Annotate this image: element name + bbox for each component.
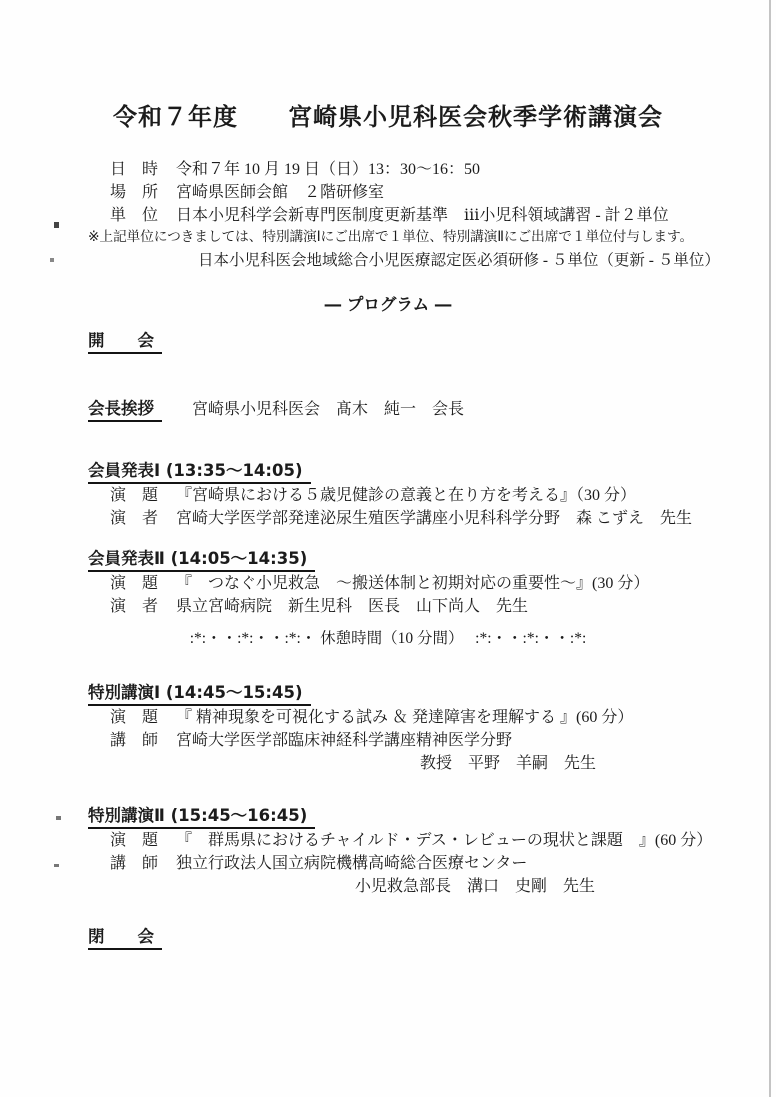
session-row-lecturer: 講 師 宮崎大学医学部臨床神経科学講座精神医学分野 bbox=[110, 729, 736, 752]
lecturer-name-line: 小児救急部長 溝口 史剛 先生 bbox=[355, 875, 736, 898]
program-heading: ― プログラム ― bbox=[0, 295, 776, 315]
row-label: 講 師 bbox=[110, 852, 176, 875]
session-heading: 会員発表Ⅰ (13:35～14:05) bbox=[88, 462, 311, 484]
meta-label: 日 時 bbox=[110, 158, 176, 181]
meta-value: 令和７年 10 月 19 日（日）13：30～16：50 bbox=[176, 158, 736, 181]
lecturer-name-line: 教授 平野 羊嗣 先生 bbox=[420, 752, 736, 775]
meta-value: 日本小児科学会新専門医制度更新基準 ⅲ小児科領域講習 - 計２単位 bbox=[176, 204, 736, 227]
row-value: 県立宮崎病院 新生児科 医長 山下尚人 先生 bbox=[176, 595, 736, 618]
session-row-title: 演 題 『 精神現象を可視化する試み ＆ 発達障害を理解する 』(60 分） bbox=[110, 706, 736, 729]
session-row-title: 演 題 『 群馬県におけるチャイルド・デス・レビューの現状と課題 』(60 分） bbox=[110, 829, 736, 852]
scan-speck bbox=[56, 816, 61, 820]
scan-speck bbox=[54, 864, 59, 867]
row-label: 演 題 bbox=[110, 484, 176, 507]
session-special-lecture-2: 特別講演Ⅱ (15:45～16:45) 演 題 『 群馬県におけるチャイルド・デ… bbox=[88, 807, 736, 898]
session-special-lecture-1: 特別講演Ⅰ (14:45～15:45) 演 題 『 精神現象を可視化する試み ＆… bbox=[88, 684, 736, 775]
meta-label: 単 位 bbox=[110, 204, 176, 227]
row-label: 講 師 bbox=[110, 729, 176, 752]
row-value: 宮崎大学医学部臨床神経科学講座精神医学分野 bbox=[176, 729, 736, 752]
row-label: 演 者 bbox=[110, 507, 176, 530]
credits-note-2: 日本小児科医会地域総合小児医療認定医必須研修 - ５単位（更新 - ５単位） bbox=[198, 250, 736, 271]
session-heading: 会員発表Ⅱ (14:05～14:35) bbox=[88, 550, 315, 572]
scan-edge-artifact bbox=[769, 0, 771, 1097]
meta-row-credits: 単 位 日本小児科学会新専門医制度更新基準 ⅲ小児科領域講習 - 計２単位 bbox=[110, 204, 736, 227]
session-heading-row: 特別講演Ⅰ (14:45～15:45) bbox=[88, 684, 736, 706]
session-member-presentation-1: 会員発表Ⅰ (13:35～14:05) 演 題 『宮崎県における５歳児健診の意義… bbox=[88, 462, 736, 530]
session-member-presentation-2: 会員発表Ⅱ (14:05～14:35) 演 題 『 つなぐ小児救急 ～搬送体制と… bbox=[88, 550, 736, 618]
break-divider: :*:・・:*:・・:*:・ 休憩時間（10 分間） :*:・・:*:・・:*: bbox=[0, 628, 776, 650]
row-value: 独立行政法人国立病院機構高崎総合医療センター bbox=[176, 852, 736, 875]
meta-row-datetime: 日 時 令和７年 10 月 19 日（日）13：30～16：50 bbox=[110, 158, 736, 181]
session-row-title: 演 題 『宮崎県における５歳児健診の意義と在り方を考える』（30 分） bbox=[110, 484, 736, 507]
session-heading-row: 会員発表Ⅰ (13:35～14:05) bbox=[88, 462, 736, 484]
document-title: 令和７年度 宮崎県小児科医会秋季学術講演会 bbox=[0, 100, 776, 134]
greeting-heading: 会長挨拶 bbox=[88, 400, 162, 422]
session-row-title: 演 題 『 つなぐ小児救急 ～搬送体制と初期対応の重要性～』(30 分） bbox=[110, 572, 736, 595]
session-row-lecturer: 講 師 独立行政法人国立病院機構高崎総合医療センター bbox=[110, 852, 736, 875]
session-heading: 特別講演Ⅱ (15:45～16:45) bbox=[88, 807, 315, 829]
opening-section: 開 会 bbox=[88, 332, 736, 354]
document-page: 令和７年度 宮崎県小児科医会秋季学術講演会 日 時 令和７年 10 月 19 日… bbox=[0, 0, 776, 1097]
greeting-text: 宮崎県小児科医会 髙木 純一 会長 bbox=[192, 398, 464, 421]
meta-label: 場 所 bbox=[110, 181, 176, 204]
credits-note: ※上記単位につきましては、特別講演Ⅰにご出席で１単位、特別講演Ⅱにご出席で１単位… bbox=[88, 227, 736, 248]
scan-speck bbox=[54, 222, 59, 228]
session-heading-row: 会員発表Ⅱ (14:05～14:35) bbox=[88, 550, 736, 572]
greeting-section: 会長挨拶 宮崎県小児科医会 髙木 純一 会長 bbox=[88, 398, 736, 422]
row-value: 『 精神現象を可視化する試み ＆ 発達障害を理解する 』(60 分） bbox=[176, 706, 736, 729]
closing-heading: 閉 会 bbox=[88, 928, 162, 950]
opening-heading: 開 会 bbox=[88, 332, 162, 354]
meta-value: 宮崎県医師会館 ２階研修室 bbox=[176, 181, 736, 204]
closing-section: 閉 会 bbox=[88, 928, 736, 950]
row-value: 『 群馬県におけるチャイルド・デス・レビューの現状と課題 』(60 分） bbox=[176, 829, 736, 852]
scan-speck bbox=[50, 258, 54, 262]
row-label: 演 者 bbox=[110, 595, 176, 618]
event-meta: 日 時 令和７年 10 月 19 日（日）13：30～16：50 場 所 宮崎県… bbox=[88, 158, 736, 227]
session-heading-row: 特別講演Ⅱ (15:45～16:45) bbox=[88, 807, 736, 829]
row-value: 宮崎大学医学部発達泌尿生殖医学講座小児科科学分野 森 こずえ 先生 bbox=[176, 507, 736, 530]
row-label: 演 題 bbox=[110, 572, 176, 595]
meta-row-place: 場 所 宮崎県医師会館 ２階研修室 bbox=[110, 181, 736, 204]
session-heading: 特別講演Ⅰ (14:45～15:45) bbox=[88, 684, 311, 706]
session-row-speaker: 演 者 県立宮崎病院 新生児科 医長 山下尚人 先生 bbox=[110, 595, 736, 618]
row-value: 『宮崎県における５歳児健診の意義と在り方を考える』（30 分） bbox=[176, 484, 736, 507]
session-row-speaker: 演 者 宮崎大学医学部発達泌尿生殖医学講座小児科科学分野 森 こずえ 先生 bbox=[110, 507, 736, 530]
row-label: 演 題 bbox=[110, 829, 176, 852]
row-value: 『 つなぐ小児救急 ～搬送体制と初期対応の重要性～』(30 分） bbox=[176, 572, 736, 595]
row-label: 演 題 bbox=[110, 706, 176, 729]
